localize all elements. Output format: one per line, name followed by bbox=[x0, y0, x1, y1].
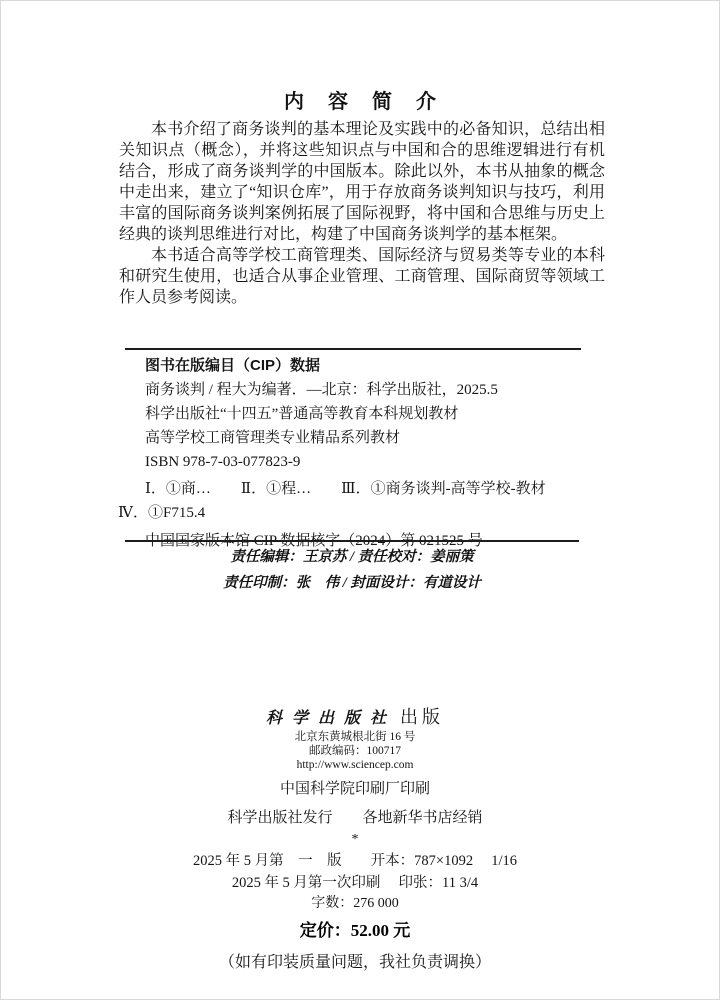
content-summary-body: 本书介绍了商务谈判的基本理论及实践中的必备知识，总结出相关知识点（概念），并将这… bbox=[119, 119, 605, 308]
quality-notice: （如有印装质量问题，我社负责调换） bbox=[1, 949, 709, 972]
publish-label: 出版 bbox=[400, 707, 444, 727]
publisher-line: 科学出版社 出版 bbox=[1, 704, 709, 730]
credits-print-design-line: 责任印制：张 伟 / 封面设计：有道设计 bbox=[125, 570, 579, 596]
credits-editors-line: 责任编辑：王京苏 / 责任校对：姜丽策 bbox=[125, 544, 579, 570]
copyright-page: 内 容 简 介 本书介绍了商务谈判的基本理论及实践中的必备知识，总结出相关知识点… bbox=[0, 0, 720, 1000]
distribution-line: 科学出版社发行 各地新华书店经销 bbox=[1, 806, 709, 827]
cip-classification-2: Ⅳ．①F715.4 bbox=[118, 501, 615, 525]
cip-series-line-2: 高等学校工商管理类专业精品系列教材 bbox=[145, 426, 615, 450]
divider-line-bottom bbox=[125, 540, 579, 542]
summary-paragraph-1: 本书介绍了商务谈判的基本理论及实践中的必备知识，总结出相关知识点（概念），并将这… bbox=[119, 119, 605, 245]
edition-line: 2025 年 5 月第 一 版 开本：787×1092 1/16 bbox=[1, 850, 709, 872]
section-title-content-summary: 内 容 简 介 bbox=[1, 85, 720, 114]
publisher-postcode: 邮政编码：100717 bbox=[1, 744, 709, 758]
word-count-line: 字数：276 000 bbox=[1, 894, 709, 913]
isbn-number: ISBN 978-7-03-077823-9 bbox=[145, 450, 615, 474]
publisher-address: 北京东黄城根北街 16 号 bbox=[1, 730, 709, 744]
publisher-logo-script: 科学出版社 bbox=[266, 710, 396, 727]
cip-header: 图书在版编目（CIP）数据 bbox=[145, 354, 615, 378]
cip-title-line: 商务谈判 / 程大为编著．—北京：科学出版社，2025.5 bbox=[145, 378, 615, 402]
publisher-website: http://www.sciencep.com bbox=[1, 758, 709, 772]
divider-line-top bbox=[125, 348, 581, 350]
impression-line: 2025 年 5 月第一次印刷 印张：11 3/4 bbox=[1, 872, 709, 894]
staff-credits: 责任编辑：王京苏 / 责任校对：姜丽策 责任印制：张 伟 / 封面设计：有道设计 bbox=[125, 544, 579, 596]
cip-classification-1: Ⅰ．①商… Ⅱ．①程… Ⅲ．①商务谈判-高等学校-教材 bbox=[145, 477, 615, 501]
cip-series-line-1: 科学出版社“十四五”普通高等教育本科规划教材 bbox=[145, 402, 615, 426]
imprint-block: 科学出版社 出版 北京东黄城根北街 16 号 邮政编码：100717 http:… bbox=[1, 704, 709, 972]
printer-line: 中国科学院印刷厂印刷 bbox=[1, 777, 709, 798]
asterisk-separator: * bbox=[1, 834, 709, 846]
price-line: 定价：52.00 元 bbox=[1, 916, 709, 941]
cip-data-block: 图书在版编目（CIP）数据 商务谈判 / 程大为编著．—北京：科学出版社，202… bbox=[145, 354, 615, 553]
summary-paragraph-2: 本书适合高等学校工商管理类、国际经济与贸易类等专业的本科和研究生使用，也适合从事… bbox=[119, 245, 605, 308]
